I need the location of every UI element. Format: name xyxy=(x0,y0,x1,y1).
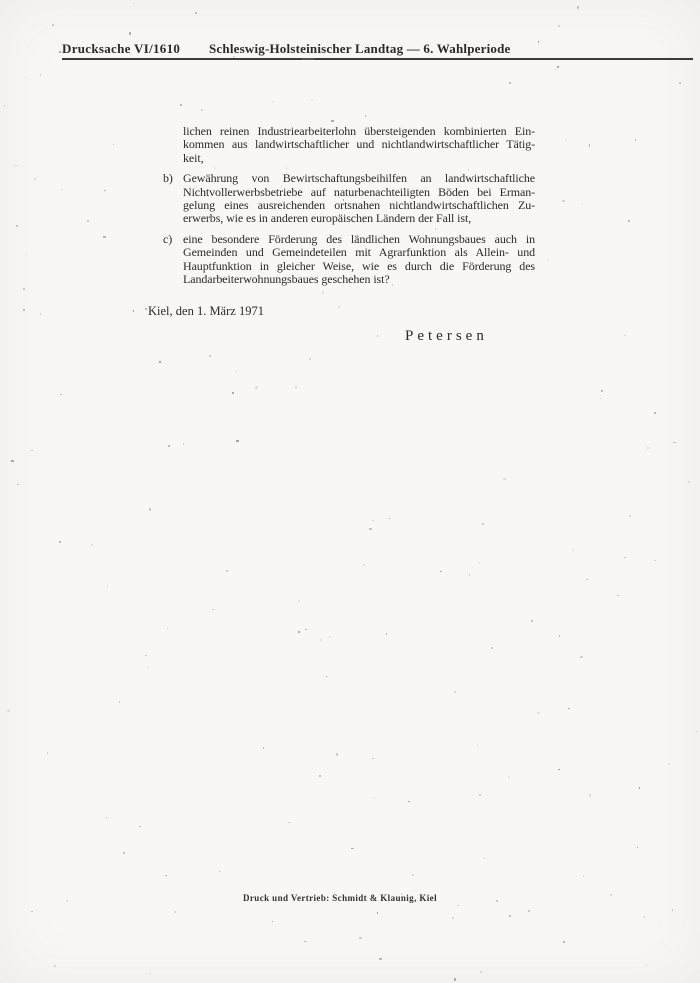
paragraph-continuation: lichen reinen Industriearbeiterlohn über… xyxy=(163,125,535,165)
list-marker-c: c) xyxy=(163,233,172,246)
text-line: Hauptfunktion in gleicher Weise, wie es … xyxy=(183,260,535,273)
dateline: Kiel, den 1. März 1971 xyxy=(148,304,264,319)
text-line: gelung eines ausreichenden ortsnahen nic… xyxy=(183,199,535,212)
document-page: Drucksache VI/1610 Schleswig-Holsteinisc… xyxy=(0,0,700,983)
header-rule xyxy=(62,58,693,60)
paragraph-item-c: c) eine besondere Förderung des ländlich… xyxy=(163,233,535,287)
text-line: erwerbs, wie es in anderen europäischen … xyxy=(183,212,535,225)
printer-imprint: Druck und Vertrieb: Schmidt & Klaunig, K… xyxy=(0,893,680,903)
doc-number: Drucksache VI/1610 xyxy=(62,41,180,57)
text-line: keit, xyxy=(183,152,535,165)
list-marker-b: b) xyxy=(163,172,173,185)
text-line: kommen aus landwirtschaftlicher und nich… xyxy=(183,138,535,151)
paragraph-item-b: b) Gewährung von Bewirtschaftungsbeihilf… xyxy=(163,172,535,226)
text-line: eine besondere Förderung des ländlichen … xyxy=(183,233,535,246)
text-line: Landarbeiterwohnungsbaues geschehen ist? xyxy=(183,273,535,286)
text-line: lichen reinen Industriearbeiterlohn über… xyxy=(183,125,535,138)
text-line: Gewährung von Bewirtschaftungsbeihilfen … xyxy=(183,172,535,185)
text-line: Gemeinden und Gemeindeteilen mit Agrarfu… xyxy=(183,246,535,259)
header-title: Schleswig-Holsteinischer Landtag — 6. Wa… xyxy=(209,41,510,57)
signature: Petersen xyxy=(405,328,488,345)
body-text: lichen reinen Industriearbeiterlohn über… xyxy=(163,125,535,293)
text-line: Nichtvollerwerbsbetriebe auf naturbenach… xyxy=(183,186,535,199)
